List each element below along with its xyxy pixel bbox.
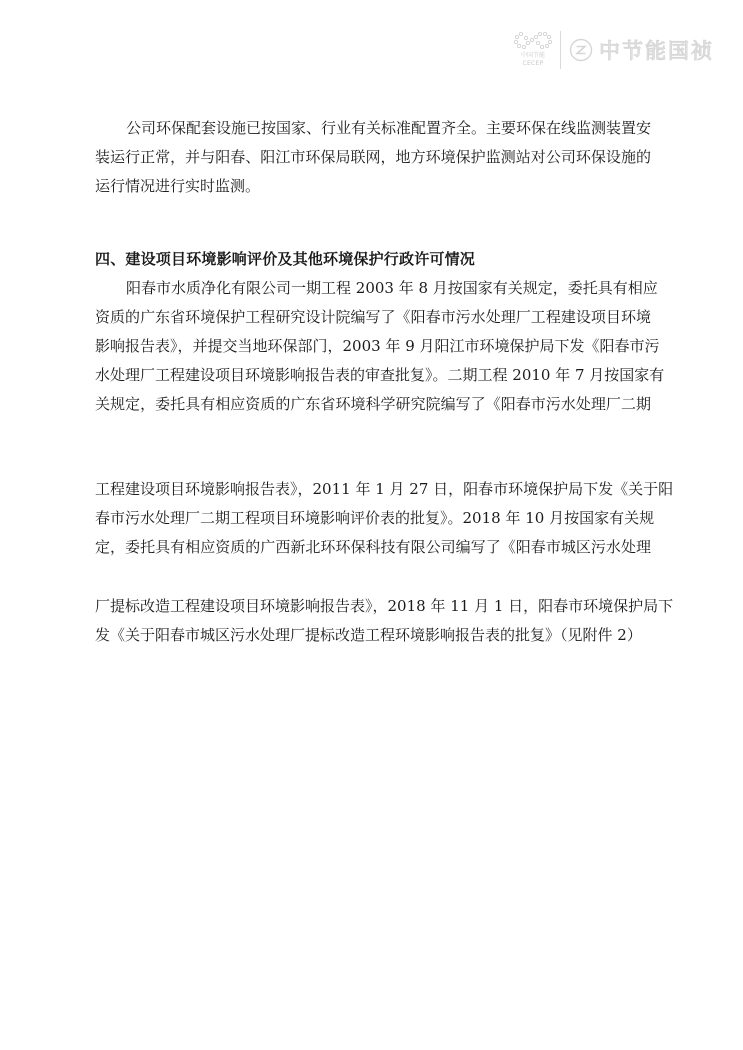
cecep-circles-icon — [512, 30, 554, 52]
paragraph-line: 公司环保配套设施已按国家、行业有关标准配置齐全。主要环保在线监测装置安 — [126, 118, 651, 138]
guozhen-mark-icon — [569, 38, 593, 62]
paragraph-line: 资质的广东省环境保护工程研究设计院编写了《阳春市污水处理厂工程建设项目环境 — [95, 307, 651, 327]
paragraph-line: 水处理厂工程建设项目环境影响报告表的审查批复》。二期工程 2010 年 7 月按… — [95, 365, 651, 385]
logo-company-name: 中节能国祯 — [599, 35, 714, 65]
paragraph-line: 装运行正常，并与阳春、阳江市环保局联网，地方环境保护监测站对公司环保设施的 — [95, 147, 651, 167]
logo-cn-text: 中国节能 — [512, 52, 554, 59]
paragraph-line: 运行情况进行实时监测。 — [95, 176, 651, 196]
paragraph-line: 关规定，委托具有相应资质的广东省环境科学研究院编写了《阳春市污水处理厂二期 — [95, 394, 651, 414]
header-logo: 中国节能 CECEP 中节能国祯 — [512, 30, 714, 70]
logo-en-text: CECEP — [512, 60, 554, 67]
paragraph-line: 工程建设项目环境影响报告表》，2011 年 1 月 27 日，阳春市环境保护局下… — [95, 479, 651, 499]
paragraph-line: 厂提标改造工程建设项目环境影响报告表》，2018 年 11 月 1 日，阳春市环… — [95, 596, 651, 616]
paragraph-line: 发《关于阳春市城区污水处理厂提标改造工程环境影响报告表的批复》（见附件 2） — [95, 625, 651, 645]
paragraph-line: 定，委托具有相应资质的广西新北环环保科技有限公司编写了《阳春市城区污水处理 — [95, 537, 651, 557]
cecep-logo: 中国节能 CECEP — [512, 30, 554, 70]
paragraph-line: 阳春市水质净化有限公司一期工程 2003 年 8 月按国家有关规定，委托具有相应 — [126, 278, 651, 298]
section-heading: 四、建设项目环境影响评价及其他环境保护行政许可情况 — [95, 249, 475, 269]
paragraph-line: 春市污水处理厂二期工程项目环境影响评价表的批复》。2018 年 10 月按国家有… — [95, 508, 651, 528]
document-page: 中国节能 CECEP 中节能国祯 公司环保配套设施已按国家、行业有关标准配置齐全… — [0, 0, 743, 1050]
paragraph-line: 影响报告表》，并提交当地环保部门，2003 年 9 月阳江市环境保护局下发《阳春… — [95, 336, 651, 356]
logo-divider — [560, 31, 561, 69]
